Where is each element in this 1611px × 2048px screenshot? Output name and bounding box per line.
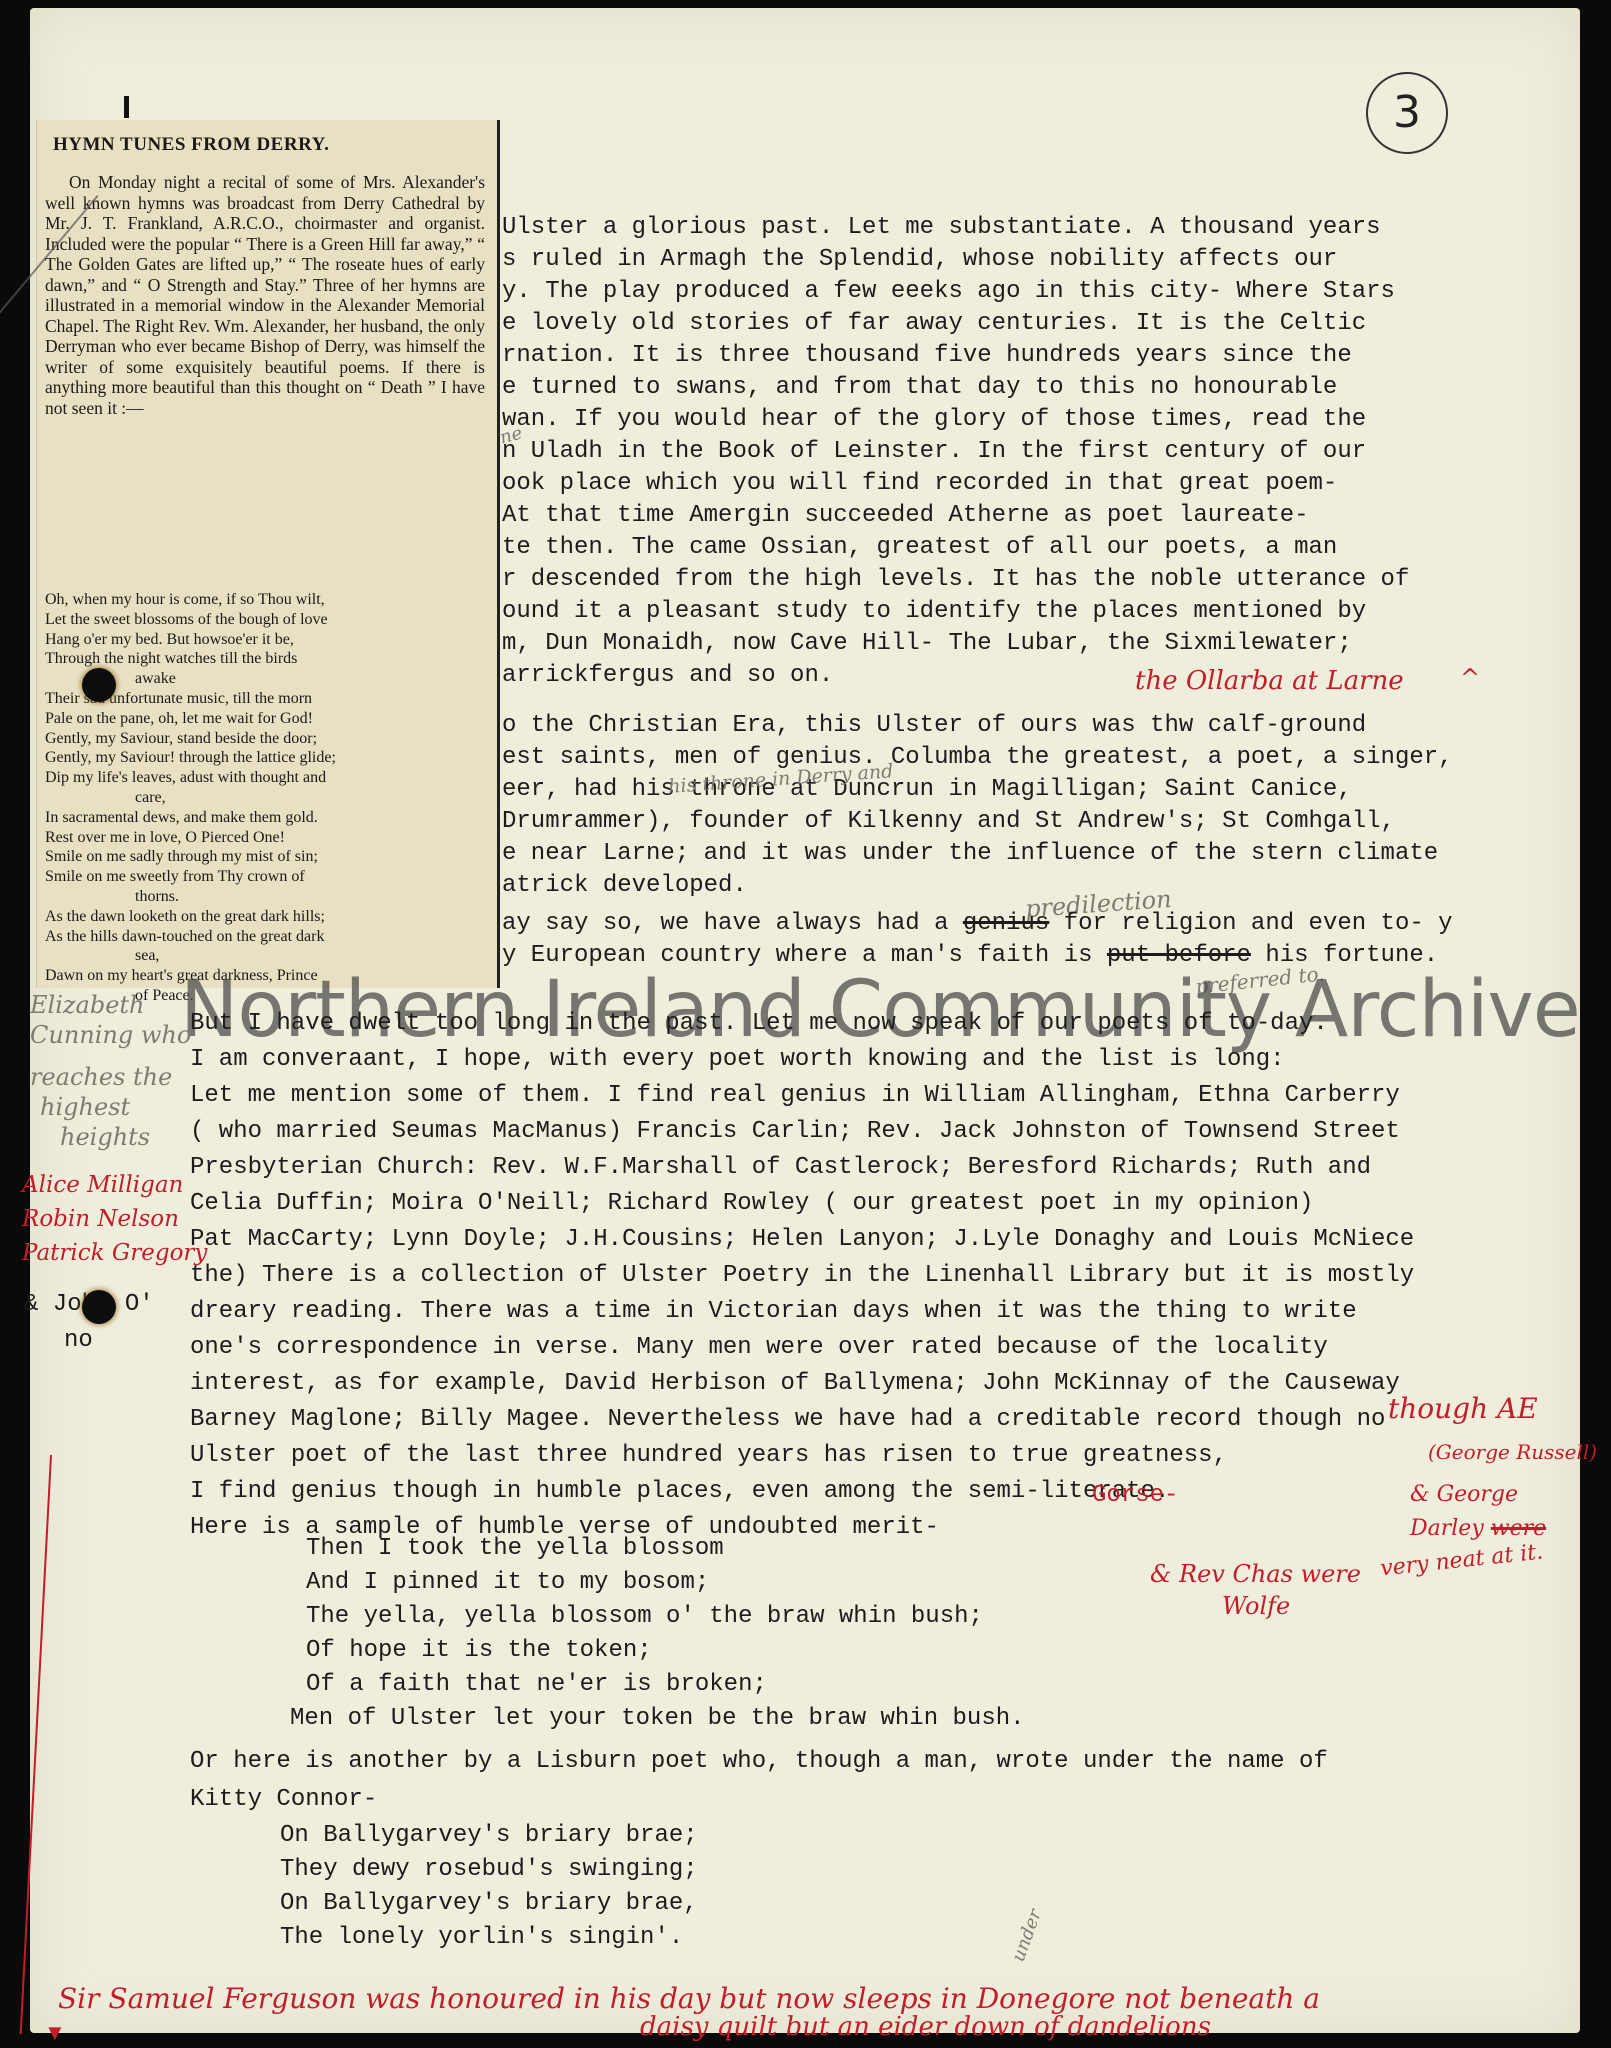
typed-line: Ulster poet of the last three hundred ye… <box>190 1442 1227 1469</box>
poem-line: Dip my life's leaves, adust with thought… <box>45 768 489 788</box>
struck-text: were <box>1491 1516 1546 1541</box>
poem-line: Gently, my Saviour! through the lattice … <box>45 748 489 768</box>
typed-line: ay say so, we have always had a genius f… <box>502 910 1453 937</box>
typed-line: Ulster a glorious past. Let me substanti… <box>502 214 1381 241</box>
clipping-paragraph: On Monday night a recital of some of Mrs… <box>45 172 485 418</box>
typed-line: o the Christian Era, this Ulster of ours… <box>502 712 1366 739</box>
typed-line: Pat MacCarty; Lynn Doyle; J.H.Cousins; H… <box>190 1226 1414 1253</box>
poem-line: Through the night watches till the birds <box>45 649 489 669</box>
pencil-line: heights <box>30 1122 191 1152</box>
typed-line: n Uladh in the Book of Leinster. In the … <box>502 438 1366 465</box>
typed-line: Celia Duffin; Moira O'Neill; Richard Row… <box>190 1190 1313 1217</box>
arrow-down-icon: ▼ <box>44 2020 66 2046</box>
poem-line: care, <box>45 788 489 808</box>
typed-line: y. The play produced a few eeeks ago in … <box>502 278 1395 305</box>
typed-line: At that time Amergin succeeded Atherne a… <box>502 502 1309 529</box>
annotation-george-darley: & George Darley were <box>1410 1478 1546 1546</box>
annotation-ferguson-line1: Sir Samuel Ferguson was honoured in his … <box>58 1982 1320 2015</box>
typed-line: ound it a pleasant study to identify the… <box>502 598 1366 625</box>
poem-line: Smile on me sweetly from Thy crown of <box>45 867 489 887</box>
typed-line: arrickfergus and so on. <box>502 662 833 689</box>
typed-line: rnation. It is three thousand five hundr… <box>502 342 1352 369</box>
typed-red-gorse: Gorse- <box>1092 1482 1178 1509</box>
poem-line: Oh, when my hour is come, if so Thou wil… <box>45 590 489 610</box>
annotation-ollarba: the Ollarba at Larne <box>1135 666 1404 696</box>
clipping-body: On Monday night a recital of some of Mrs… <box>45 172 485 418</box>
red-name: Robin Nelson <box>22 1202 207 1236</box>
typed-line: But I have dwelt too long in the past. L… <box>190 1010 1328 1037</box>
annotation-george-russell: (George Russell) <box>1428 1440 1597 1464</box>
poem-line: Gently, my Saviour, stand beside the doo… <box>45 729 489 749</box>
poem-line: Smile on me sadly through my mist of sin… <box>45 847 489 867</box>
typed-line: Kitty Connor- <box>190 1786 377 1813</box>
poem-line: As the hills dawn-touched on the great d… <box>45 927 489 947</box>
typed-line: wan. If you would hear of the glory of t… <box>502 406 1366 433</box>
poem-line: Let the sweet blossoms of the bough of l… <box>45 610 489 630</box>
typed-line: Presbyterian Church: Rev. W.F.Marshall o… <box>190 1154 1371 1181</box>
poem-line: The yella, yella blossom o' the braw whi… <box>306 1603 983 1630</box>
typed-line: atrick developed. <box>502 872 747 899</box>
poem-line: Hang o'er my bed. But howsoe'er it be, <box>45 630 489 650</box>
typed-line: est saints, men of genius. Columba the g… <box>502 744 1453 771</box>
pencil-line: Cunning who <box>30 1020 191 1050</box>
typed-line: Barney Maglone; Billy Magee. Nevertheles… <box>190 1406 1385 1433</box>
red-word: Darley <box>1410 1516 1484 1541</box>
newspaper-clipping: HYMN TUNES FROM DERRY. On Monday night a… <box>36 120 500 988</box>
typed-line: e near Larne; and it was under the influ… <box>502 840 1438 867</box>
poem-line: Then I took the yella blossom <box>306 1535 724 1562</box>
typed-line: I find genius though in humble places, e… <box>190 1478 1169 1505</box>
poem-line: On Ballygarvey's briary brae; <box>280 1822 698 1849</box>
pencil-margin-note: Elizabeth Cunning who reaches the highes… <box>30 990 191 1152</box>
clipping-poem: Oh, when my hour is come, if so Thou wil… <box>45 590 489 1006</box>
annotation-though-ae: though AE <box>1388 1392 1538 1425</box>
typed-line: Or here is another by a Lisburn poet who… <box>190 1748 1328 1775</box>
punch-hole <box>82 668 116 702</box>
struck-text: genius <box>963 910 1049 937</box>
typed-line: Let me mention some of them. I find real… <box>190 1082 1400 1109</box>
typed-line: I am converaant, I hope, with every poet… <box>190 1046 1285 1073</box>
red-name: Alice Milligan <box>22 1168 207 1202</box>
caret-mark: ^ <box>1460 664 1480 692</box>
typed-line: ( who married Seumas MacManus) Francis C… <box>190 1118 1400 1145</box>
typed-line: interest, as for example, David Herbison… <box>190 1370 1400 1397</box>
typed-line: te then. The came Ossian, greatest of al… <box>502 534 1337 561</box>
annotation-wolfe: Wolfe <box>1222 1592 1290 1620</box>
annotation-rev-chas: & Rev Chas were <box>1150 1560 1361 1588</box>
poem-line: In sacramental dews, and make them gold. <box>45 808 489 828</box>
pencil-line: highest <box>30 1092 191 1122</box>
typed-line: one's correspondence in verse. Many men … <box>190 1334 1328 1361</box>
poem-line: The lonely yorlin's singin'. <box>280 1924 683 1951</box>
typed-line: ook place which you will find recorded i… <box>502 470 1337 497</box>
pencil-line: Elizabeth <box>30 990 191 1020</box>
typed-line: r descended from the high levels. It has… <box>502 566 1409 593</box>
page-number: 3 <box>1366 72 1448 154</box>
red-margin-names: Alice Milligan Robin Nelson Patrick Greg… <box>22 1168 207 1270</box>
poem-line: As the dawn looketh on the great dark hi… <box>45 907 489 927</box>
typed-line: eer, had his throne at Duncrun in Magill… <box>502 776 1352 803</box>
typed-line: e turned to swans, and from that day to … <box>502 374 1337 401</box>
poem-line: Pale on the pane, oh, let me wait for Go… <box>45 709 489 729</box>
pin-mark <box>124 96 129 118</box>
typed-line: Drumrammer), founder of Kilkenny and St … <box>502 808 1395 835</box>
red-name: Patrick Gregory <box>22 1236 207 1270</box>
poem-line: sea, <box>45 946 489 966</box>
poem-line: Rest over me in love, O Pierced One! <box>45 828 489 848</box>
clipping-title: HYMN TUNES FROM DERRY. <box>53 134 329 156</box>
poem-line: On Ballygarvey's briary brae, <box>280 1890 698 1917</box>
poem-line: Men of Ulster let your token be the braw… <box>290 1705 1025 1732</box>
typed-line: no <box>24 1323 154 1359</box>
text-span: for religion and even to- y <box>1049 910 1452 937</box>
text-span: ay say so, we have always had a <box>502 910 963 937</box>
poem-line: And I pinned it to my bosom; <box>306 1569 709 1596</box>
typed-line: m, Dun Monaidh, now Cave Hill- The Lubar… <box>502 630 1352 657</box>
annotation-ferguson-line2: daisy quilt but an eider down of dandeli… <box>640 2012 1211 2042</box>
typed-line: the) There is a collection of Ulster Poe… <box>190 1262 1414 1289</box>
pencil-line: reaches the <box>30 1062 191 1092</box>
poem-line: They dewy rosebud's swinging; <box>280 1856 698 1883</box>
typed-line: e lovely old stories of far away centuri… <box>502 310 1366 337</box>
typed-line: s ruled in Armagh the Splendid, whose no… <box>502 246 1337 273</box>
poem-line: thorns. <box>45 887 489 907</box>
typed-line: dreary reading. There was a time in Vict… <box>190 1298 1357 1325</box>
red-line: & George <box>1410 1478 1546 1512</box>
poem-line: Of hope it is the token; <box>306 1637 652 1664</box>
punch-hole <box>82 1290 116 1324</box>
poem-line: Of a faith that ne'er is broken; <box>306 1671 767 1698</box>
